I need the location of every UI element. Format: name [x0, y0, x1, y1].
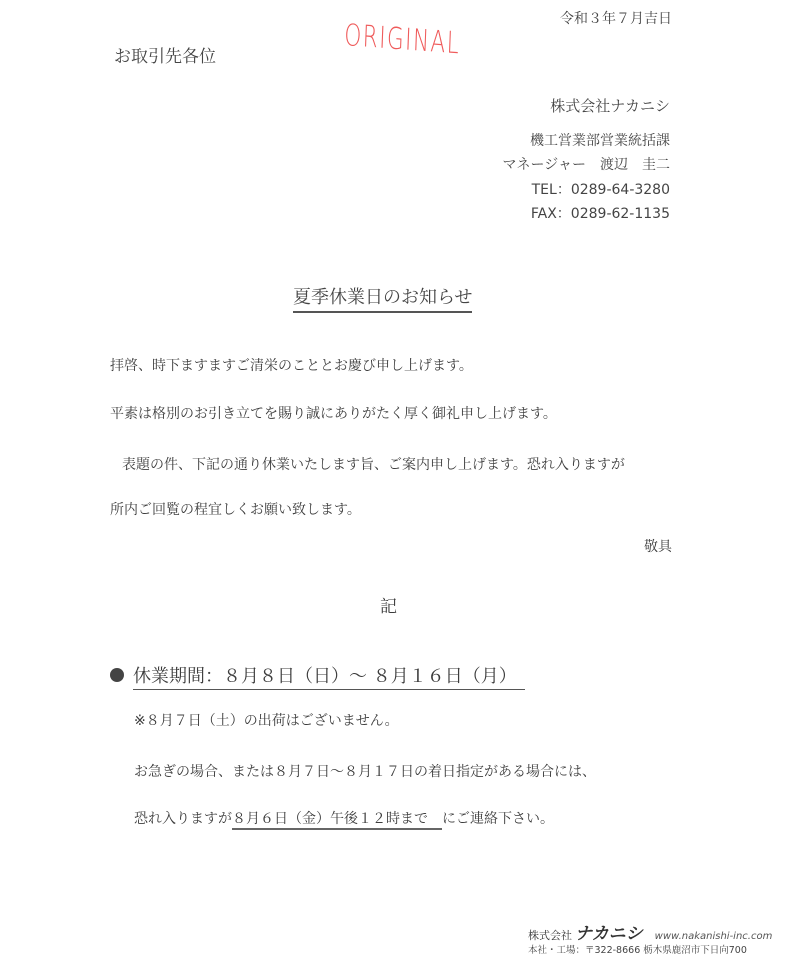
footer-brand: ナカニシ — [575, 924, 643, 944]
body-line: 拝啓、時下ますますご清栄のこととお慶び申し上げます。 — [110, 355, 473, 375]
sender-company: 株式会社ナカニシ — [550, 95, 670, 116]
footer-logo: 株式会社ナカニシwww.nakanishi-inc.com — [528, 919, 772, 944]
sender-department: 機工営業部営業統括課 — [530, 130, 670, 150]
original-stamp: ORIGINAL — [344, 18, 461, 61]
footer-url: www.nakanishi-inc.com — [655, 931, 773, 942]
recipient: お取引先各位 — [114, 42, 216, 67]
shipping-note: ※８月７日（土）の出荷はございません。 — [134, 710, 399, 730]
document-date: 令和３年７月吉日 — [560, 8, 672, 28]
sender-tel: TEL：0289-64-3280 — [532, 179, 670, 199]
body-line: 表題の件、下記の通り休業いたします旨、ご案内申し上げます。恐れ入りますが — [122, 454, 625, 474]
closing-keigu: 敬具 — [644, 536, 672, 556]
holiday-period: 休業期間：８月８日（日）～ ８月１６日（月） — [110, 662, 525, 688]
footer-company-prefix: 株式会社 — [528, 929, 572, 942]
body-line: 平素は格別のお引き立てを賜り誠にありがたく厚く御礼申し上げます。 — [110, 403, 557, 423]
urgent-note: お急ぎの場合、または８月７日～８月１７日の着日指定がある場合には、 — [134, 761, 596, 781]
contact-note-prefix: 恐れ入りますが — [134, 811, 232, 827]
sender-fax: FAX：0289-62-1135 — [531, 203, 670, 223]
contact-note-suffix: にご連絡下さい。 — [442, 811, 554, 827]
body-line: 所内ご回覧の程宜しくお願い致します。 — [110, 499, 361, 519]
ki-heading: 記 — [380, 592, 397, 617]
footer-address: 本社・工場：〒322-8666 栃木県鹿沼市下日向700 — [528, 942, 747, 956]
contact-note: 恐れ入りますが８月６日（金）午後１２時まで にご連絡下さい。 — [134, 808, 554, 828]
document-title: 夏季休業日のお知らせ — [293, 283, 472, 313]
sender-person: マネージャー 渡辺 圭二 — [503, 154, 670, 174]
bullet-icon — [110, 668, 124, 682]
holiday-period-text: 休業期間：８月８日（日）～ ８月１６日（月） — [133, 666, 525, 690]
contact-deadline: ８月６日（金）午後１２時まで — [232, 811, 442, 830]
